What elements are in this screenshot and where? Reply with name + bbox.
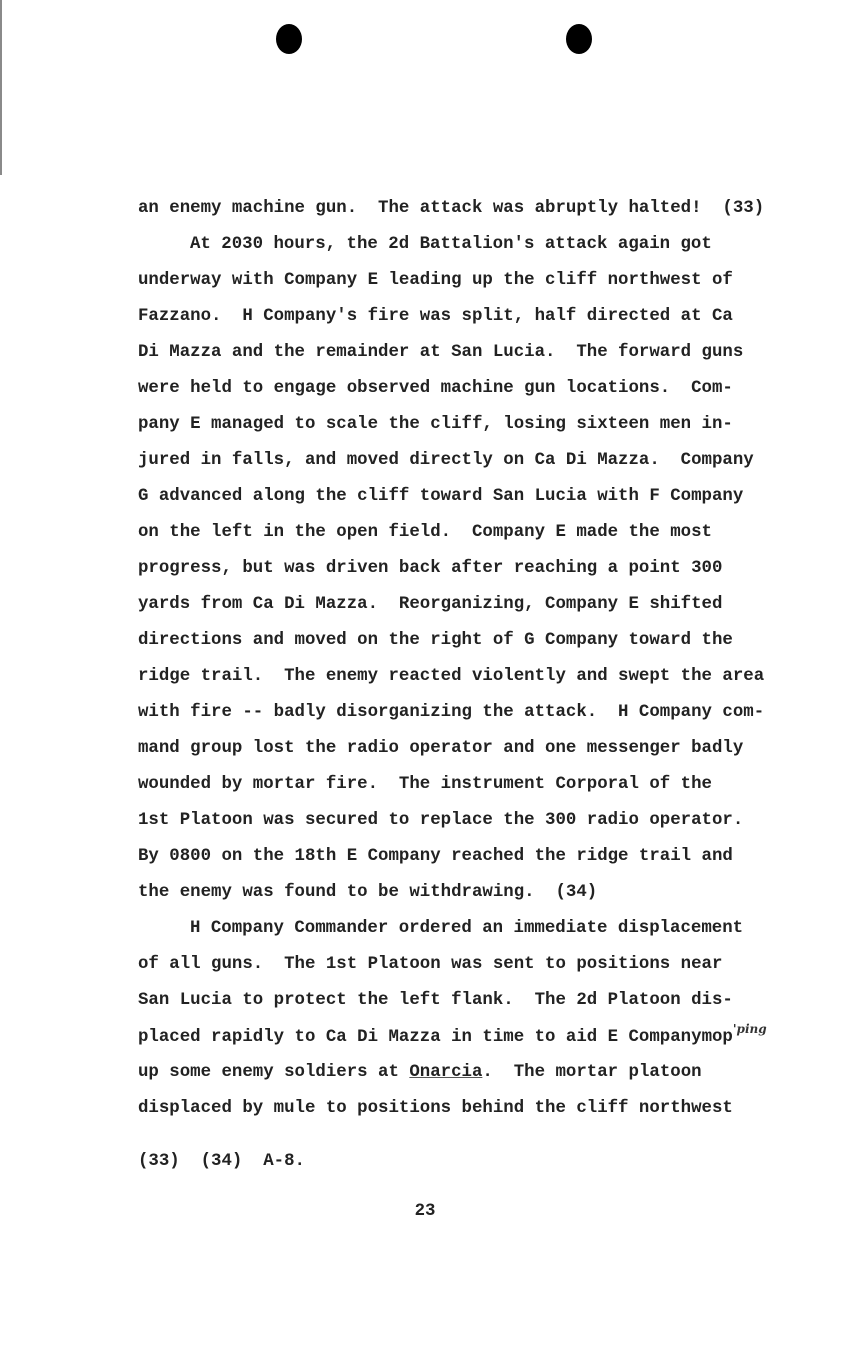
scan-edge-line	[0, 0, 2, 175]
text-line-annotated: placed rapidly to Ca Di Mazza in time to…	[138, 1024, 798, 1060]
text-line: At 2030 hours, the 2d Battalion's attack…	[138, 232, 798, 268]
text-line-underlined: up some enemy soldiers at Onarcia. The m…	[138, 1060, 798, 1096]
punch-hole-left	[276, 24, 302, 54]
text-line: an enemy machine gun. The attack was abr…	[138, 196, 798, 232]
text-line: G advanced along the cliff toward San Lu…	[138, 484, 798, 520]
underlined-place-name: Onarcia	[409, 1063, 482, 1082]
text-line: of all guns. The 1st Platoon was sent to…	[138, 952, 798, 988]
text-line: progress, but was driven back after reac…	[138, 556, 798, 592]
text-line: yards from Ca Di Mazza. Reorganizing, Co…	[138, 592, 798, 628]
text-line: were held to engage observed machine gun…	[138, 376, 798, 412]
text-line: the enemy was found to be withdrawing. (…	[138, 880, 798, 916]
line-text: placed rapidly to Ca Di Mazza in time to…	[138, 1028, 702, 1047]
line-text: . The mortar platoon	[482, 1063, 701, 1082]
text-line: ridge trail. The enemy reacted violently…	[138, 664, 798, 700]
body-text: an enemy machine gun. The attack was abr…	[138, 196, 798, 1132]
text-line: By 0800 on the 18th E Company reached th…	[138, 844, 798, 880]
text-line: H Company Commander ordered an immediate…	[138, 916, 798, 952]
handwritten-mark: 'ping	[733, 1022, 767, 1036]
text-line: directions and moved on the right of G C…	[138, 628, 798, 664]
text-line: mand group lost the radio operator and o…	[138, 736, 798, 772]
punch-hole-right	[566, 24, 592, 54]
text-line: San Lucia to protect the left flank. The…	[138, 988, 798, 1024]
text-line: 1st Platoon was secured to replace the 3…	[138, 808, 798, 844]
text-line: Di Mazza and the remainder at San Lucia.…	[138, 340, 798, 376]
handwritten-insertion: mop	[702, 1028, 733, 1047]
text-line: Fazzano. H Company's fire was split, hal…	[138, 304, 798, 340]
footnote-references: (33) (34) A-8.	[138, 1152, 305, 1171]
text-line: pany E managed to scale the cliff, losin…	[138, 412, 798, 448]
text-line-last: displaced by mule to positions behind th…	[138, 1096, 798, 1132]
text-line: with fire -- badly disorganizing the att…	[138, 700, 798, 736]
line-text: up some enemy soldiers at	[138, 1063, 409, 1082]
paragraph-lines: an enemy machine gun. The attack was abr…	[138, 196, 798, 1024]
text-line: on the left in the open field. Company E…	[138, 520, 798, 556]
page-number: 23	[0, 1202, 850, 1221]
text-line: jured in falls, and moved directly on Ca…	[138, 448, 798, 484]
text-line: underway with Company E leading up the c…	[138, 268, 798, 304]
text-line: wounded by mortar fire. The instrument C…	[138, 772, 798, 808]
